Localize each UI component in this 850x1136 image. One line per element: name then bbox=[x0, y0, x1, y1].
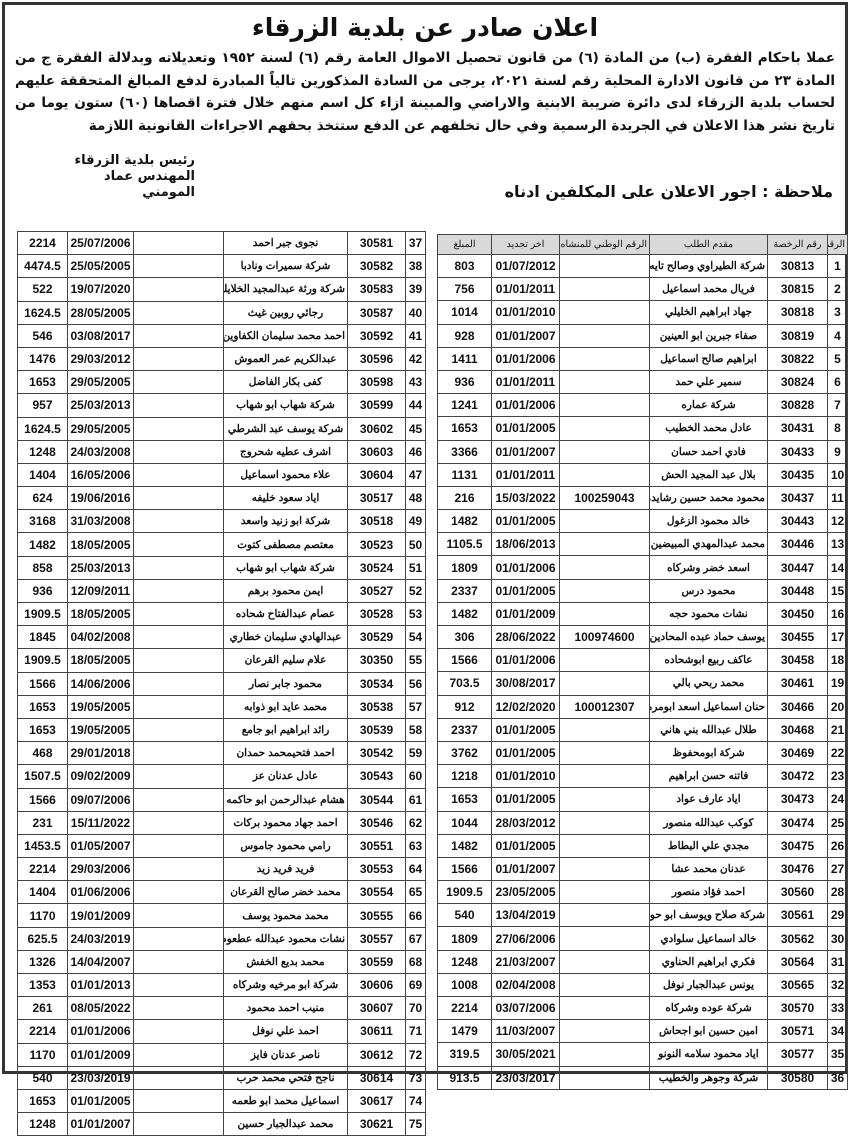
last-renewal-cell: 28/03/2012 bbox=[492, 811, 560, 834]
last-renewal-cell: 18/05/2005 bbox=[68, 533, 134, 556]
amount-cell: 912 bbox=[438, 695, 492, 718]
last-renewal-cell: 24/03/2019 bbox=[68, 927, 134, 950]
national-id-cell bbox=[560, 741, 650, 764]
row-number-cell: 12 bbox=[828, 510, 848, 533]
row-number-cell: 58 bbox=[406, 718, 426, 741]
table-row: 230815فريال محمد اسماعيل01/01/2011756 bbox=[438, 278, 848, 301]
amount-cell: 306 bbox=[438, 626, 492, 649]
national-id-cell bbox=[560, 347, 650, 370]
national-id-cell bbox=[134, 533, 224, 556]
row-number-cell: 41 bbox=[406, 324, 426, 347]
row-number-cell: 42 bbox=[406, 347, 426, 370]
national-id-cell bbox=[134, 347, 224, 370]
amount-cell: 3168 bbox=[18, 510, 68, 533]
row-number-cell: 28 bbox=[828, 881, 848, 904]
applicant-name-cell: اياد محمود سلامه النونو bbox=[650, 1043, 768, 1066]
last-renewal-cell: 01/01/2010 bbox=[492, 765, 560, 788]
national-id-cell bbox=[134, 997, 224, 1020]
national-id-cell bbox=[134, 695, 224, 718]
table-row: 7130611احمد علي نوفل01/01/20062214 bbox=[18, 1020, 426, 1043]
last-renewal-cell: 25/07/2006 bbox=[68, 232, 134, 255]
national-id-cell bbox=[560, 1066, 650, 1076]
license-number-cell: 30824 bbox=[768, 370, 828, 393]
row-number-cell: 54 bbox=[406, 626, 426, 649]
national-id-cell bbox=[560, 765, 650, 788]
taxpayers-table-right: الرقم رقم الرخصة مقدم الطلب الرقم الوطني… bbox=[437, 234, 848, 1076]
national-id-cell bbox=[560, 394, 650, 417]
amount-cell: 1845 bbox=[18, 626, 68, 649]
table-body-right: 130813شركة الطيراوي وصالح تايه01/07/2012… bbox=[438, 255, 848, 1077]
applicant-name-cell: اياد سعود خليفه bbox=[224, 487, 348, 510]
national-id-cell bbox=[134, 1066, 224, 1076]
amount-cell: 1482 bbox=[18, 533, 68, 556]
row-number-cell: 55 bbox=[406, 649, 426, 672]
license-number-cell: 30538 bbox=[348, 695, 406, 718]
table-row: 3530577اياد محمود سلامه النونو30/05/2021… bbox=[438, 1043, 848, 1066]
row-number-cell: 73 bbox=[406, 1066, 426, 1076]
last-renewal-cell: 01/01/2007 bbox=[492, 324, 560, 347]
last-renewal-cell: 01/01/2005 bbox=[492, 718, 560, 741]
license-number-cell: 30461 bbox=[768, 672, 828, 695]
national-id-cell bbox=[134, 858, 224, 881]
national-id-cell bbox=[560, 857, 650, 880]
national-id-cell bbox=[560, 950, 650, 973]
last-renewal-cell: 01/01/2007 bbox=[492, 857, 560, 880]
applicant-name-cell: شركة يوسف عبد الشرطي bbox=[224, 417, 348, 440]
row-number-cell: 57 bbox=[406, 695, 426, 718]
license-number-cell: 30543 bbox=[348, 765, 406, 788]
table-row: 5930542احمد فتحيمحمد حمدان29/01/2018468 bbox=[18, 742, 426, 765]
row-number-cell: 47 bbox=[406, 463, 426, 486]
applicant-name-cell: فريال محمد اسماعيل bbox=[650, 278, 768, 301]
row-number-cell: 64 bbox=[406, 858, 426, 881]
table-row: 3930583شركة ورثة عبدالمجيد الخلايله19/07… bbox=[18, 278, 426, 301]
applicant-name-cell: نجوى جبر احمد bbox=[224, 232, 348, 255]
amount-cell: 1353 bbox=[18, 974, 68, 997]
national-id-cell bbox=[560, 881, 650, 904]
row-number-cell: 25 bbox=[828, 811, 848, 834]
applicant-name-cell: ابراهيم صالح اسماعيل bbox=[650, 347, 768, 370]
row-number-cell: 27 bbox=[828, 857, 848, 880]
table-row: 4030587رجائي روبين غيث28/05/20051624.5 bbox=[18, 301, 426, 324]
row-number-cell: 46 bbox=[406, 440, 426, 463]
last-renewal-cell: 14/06/2006 bbox=[68, 672, 134, 695]
table-row: 3230565يونس عبدالجبار نوفل02/04/20081008 bbox=[438, 973, 848, 996]
header-license: رقم الرخصة bbox=[768, 235, 828, 255]
national-id-cell bbox=[134, 255, 224, 278]
table-row: 1930461محمد ربحي بالي30/08/2017703.5 bbox=[438, 672, 848, 695]
row-number-cell: 3 bbox=[828, 301, 848, 324]
amount-cell: 1566 bbox=[18, 788, 68, 811]
amount-cell: 1482 bbox=[438, 602, 492, 625]
last-renewal-cell: 21/03/2007 bbox=[492, 950, 560, 973]
national-id-cell bbox=[560, 255, 650, 278]
table-row: 4930518شركة ابو زنيد واسعد31/03/20083168 bbox=[18, 510, 426, 533]
applicant-name-cell: محمد ربحي بالي bbox=[650, 672, 768, 695]
amount-cell: 1653 bbox=[18, 695, 68, 718]
license-number-cell: 30534 bbox=[348, 672, 406, 695]
national-id-cell bbox=[134, 232, 224, 255]
table-body-left: 3730581نجوى جبر احمد25/07/20062214383058… bbox=[18, 232, 426, 1077]
row-number-cell: 43 bbox=[406, 371, 426, 394]
license-number-cell: 30559 bbox=[348, 950, 406, 973]
national-id-cell bbox=[134, 301, 224, 324]
license-number-cell: 30554 bbox=[348, 881, 406, 904]
header-num: الرقم bbox=[828, 235, 848, 255]
license-number-cell: 30606 bbox=[348, 974, 406, 997]
amount-cell: 1653 bbox=[438, 417, 492, 440]
table-row: 6030543عادل عدنان عز09/02/20091507.5 bbox=[18, 765, 426, 788]
row-number-cell: 15 bbox=[828, 579, 848, 602]
table-row: 430819صفاء جبرين ابو العينين01/01/200792… bbox=[438, 324, 848, 347]
license-number-cell: 30474 bbox=[768, 811, 828, 834]
national-id-cell bbox=[134, 811, 224, 834]
table-header-row: الرقم رقم الرخصة مقدم الطلب الرقم الوطني… bbox=[438, 235, 848, 255]
license-number-cell: 30582 bbox=[348, 255, 406, 278]
last-renewal-cell: 24/03/2008 bbox=[68, 440, 134, 463]
fees-note: ملاحظة : اجور الاعلان على المكلفين ادناه bbox=[505, 182, 833, 201]
row-number-cell: 50 bbox=[406, 533, 426, 556]
last-renewal-cell: 01/01/2005 bbox=[492, 510, 560, 533]
row-number-cell: 16 bbox=[828, 602, 848, 625]
last-renewal-cell: 03/07/2006 bbox=[492, 997, 560, 1020]
row-number-cell: 22 bbox=[828, 741, 848, 764]
row-number-cell: 11 bbox=[828, 486, 848, 509]
license-number-cell: 30612 bbox=[348, 1043, 406, 1066]
license-number-cell: 30614 bbox=[348, 1066, 406, 1076]
amount-cell: 803 bbox=[438, 255, 492, 278]
table-row: 5830539رائد ابراهيم ابو جامع19/05/200516… bbox=[18, 718, 426, 741]
applicant-name-cell: رامي محمود جاموس bbox=[224, 834, 348, 857]
table-row: 2930561شركة صلاح ويوسف ابو حويله13/04/20… bbox=[438, 904, 848, 927]
license-number-cell: 30828 bbox=[768, 394, 828, 417]
license-number-cell: 30466 bbox=[768, 695, 828, 718]
license-number-cell: 30557 bbox=[348, 927, 406, 950]
license-number-cell: 30475 bbox=[768, 834, 828, 857]
amount-cell: 1248 bbox=[438, 950, 492, 973]
last-renewal-cell: 25/05/2005 bbox=[68, 255, 134, 278]
license-number-cell: 30476 bbox=[768, 857, 828, 880]
national-id-cell bbox=[560, 278, 650, 301]
license-number-cell: 30603 bbox=[348, 440, 406, 463]
license-number-cell: 30435 bbox=[768, 463, 828, 486]
last-renewal-cell: 18/05/2005 bbox=[68, 603, 134, 626]
row-number-cell: 38 bbox=[406, 255, 426, 278]
amount-cell: 1566 bbox=[438, 857, 492, 880]
row-number-cell: 63 bbox=[406, 834, 426, 857]
license-number-cell: 30570 bbox=[768, 997, 828, 1020]
applicant-name-cell: شركة عماره bbox=[650, 394, 768, 417]
applicant-name-cell: رائد ابراهيم ابو جامع bbox=[224, 718, 348, 741]
applicant-name-cell: شركة ابومحفوظ bbox=[650, 741, 768, 764]
applicant-name-cell: علام سليم القرعان bbox=[224, 649, 348, 672]
last-renewal-cell: 01/01/2005 bbox=[492, 834, 560, 857]
row-number-cell: 37 bbox=[406, 232, 426, 255]
amount-cell: 2214 bbox=[18, 1020, 68, 1043]
license-number-cell: 30819 bbox=[768, 324, 828, 347]
license-number-cell: 30450 bbox=[768, 602, 828, 625]
license-number-cell: 30577 bbox=[768, 1043, 828, 1066]
national-id-cell bbox=[560, 579, 650, 602]
license-number-cell: 30599 bbox=[348, 394, 406, 417]
last-renewal-cell: 01/01/2011 bbox=[492, 278, 560, 301]
taxpayers-table-left: 3730581نجوى جبر احمد25/07/20062214383058… bbox=[17, 231, 426, 1076]
last-renewal-cell: 09/07/2006 bbox=[68, 788, 134, 811]
row-number-cell: 10 bbox=[828, 463, 848, 486]
national-id-cell bbox=[134, 765, 224, 788]
announcement-body: عملا باحكام الفقرة (ب) من المادة (٦) من … bbox=[15, 47, 835, 137]
row-number-cell: 17 bbox=[828, 626, 848, 649]
table-row: 5730538محمد عايد ابو ذوابه19/05/20051653 bbox=[18, 695, 426, 718]
last-renewal-cell: 01/01/2005 bbox=[492, 579, 560, 602]
national-id-cell bbox=[560, 463, 650, 486]
license-number-cell: 30469 bbox=[768, 741, 828, 764]
table-row: 2830560احمد فؤاد منصور23/05/20051909.5 bbox=[438, 881, 848, 904]
national-id-cell bbox=[560, 440, 650, 463]
national-id-cell bbox=[134, 417, 224, 440]
license-number-cell: 30518 bbox=[348, 510, 406, 533]
national-id-cell bbox=[560, 904, 650, 927]
last-renewal-cell: 03/08/2017 bbox=[68, 324, 134, 347]
applicant-name-cell: شركة ابو زنيد واسعد bbox=[224, 510, 348, 533]
row-number-cell: 5 bbox=[828, 347, 848, 370]
applicant-name-cell: شركة وجوهر والخطيب bbox=[650, 1066, 768, 1076]
national-id-cell bbox=[134, 603, 224, 626]
applicant-name-cell: محمد خضر صالح القرعان bbox=[224, 881, 348, 904]
applicant-name-cell: علاء محمود اسماعيل bbox=[224, 463, 348, 486]
license-number-cell: 30604 bbox=[348, 463, 406, 486]
row-number-cell: 13 bbox=[828, 533, 848, 556]
last-renewal-cell: 01/01/2011 bbox=[492, 370, 560, 393]
license-number-cell: 30468 bbox=[768, 718, 828, 741]
license-number-cell: 30571 bbox=[768, 1020, 828, 1043]
applicant-name-cell: عدنان محمد عشا bbox=[650, 857, 768, 880]
row-number-cell: 65 bbox=[406, 881, 426, 904]
amount-cell: 540 bbox=[438, 904, 492, 927]
amount-cell: 957 bbox=[18, 394, 68, 417]
table-row: 2130468طلال عبدالله بني هاني01/01/200523… bbox=[438, 718, 848, 741]
license-number-cell: 30564 bbox=[768, 950, 828, 973]
national-id-cell bbox=[560, 324, 650, 347]
table-row: 4530602شركة يوسف عبد الشرطي29/05/2005162… bbox=[18, 417, 426, 440]
national-id-cell bbox=[560, 788, 650, 811]
table-row: 2630475مجدي علي البطاط01/01/20051482 bbox=[438, 834, 848, 857]
applicant-name-cell: عادل عدنان عز bbox=[224, 765, 348, 788]
amount-cell: 2337 bbox=[438, 718, 492, 741]
last-renewal-cell: 14/04/2007 bbox=[68, 950, 134, 973]
amount-cell: 1453.5 bbox=[18, 834, 68, 857]
amount-cell: 624 bbox=[18, 487, 68, 510]
header-national-id: الرقم الوطني للمنشاه bbox=[560, 235, 650, 255]
last-renewal-cell: 11/03/2007 bbox=[492, 1020, 560, 1043]
applicant-name-cell: طلال عبدالله بني هاني bbox=[650, 718, 768, 741]
table-row: 1730455يوسف حماد عبده المحادين1009746002… bbox=[438, 626, 848, 649]
row-number-cell: 6 bbox=[828, 370, 848, 393]
national-id-cell bbox=[134, 904, 224, 927]
applicant-name-cell: سمير علي حمد bbox=[650, 370, 768, 393]
applicant-name-cell: هشام عبدالرحمن ابو حاكمه bbox=[224, 788, 348, 811]
license-number-cell: 30528 bbox=[348, 603, 406, 626]
table-row: 1030435بلال عبد المجيد الحش01/01/2011113… bbox=[438, 463, 848, 486]
table-row: 3330570شركة عوده وشركاه03/07/20062214 bbox=[438, 997, 848, 1020]
applicant-name-cell: عادل محمد الخطيب bbox=[650, 417, 768, 440]
last-renewal-cell: 01/01/2006 bbox=[492, 347, 560, 370]
national-id-cell bbox=[560, 417, 650, 440]
applicant-name-cell: فادي احمد حسان bbox=[650, 440, 768, 463]
amount-cell: 2214 bbox=[18, 232, 68, 255]
national-id-cell bbox=[560, 301, 650, 324]
table-row: 4830517اياد سعود خليفه19/06/2016624 bbox=[18, 487, 426, 510]
applicant-name-cell: محمد محمود يوسف bbox=[224, 904, 348, 927]
license-number-cell: 30553 bbox=[348, 858, 406, 881]
amount-cell: 1479 bbox=[438, 1020, 492, 1043]
table-row: 4130592احمد محمد سليمان الكفاوين03/08/20… bbox=[18, 324, 426, 347]
national-id-cell bbox=[560, 718, 650, 741]
applicant-name-cell: اياد عارف عواد bbox=[650, 788, 768, 811]
last-renewal-cell: 29/03/2006 bbox=[68, 858, 134, 881]
applicant-name-cell: احمد محمد سليمان الكفاوين bbox=[224, 324, 348, 347]
amount-cell: 625.5 bbox=[18, 927, 68, 950]
row-number-cell: 19 bbox=[828, 672, 848, 695]
applicant-name-cell: خالد اسماعيل سلوادي bbox=[650, 927, 768, 950]
table-row: 2230469شركة ابومحفوظ01/01/20053762 bbox=[438, 741, 848, 764]
table-row: 6830559محمد بديع الخفش14/04/20071326 bbox=[18, 950, 426, 973]
license-number-cell: 30555 bbox=[348, 904, 406, 927]
applicant-name-cell: شركة ابو مرخيه وشركاه bbox=[224, 974, 348, 997]
amount-cell: 1170 bbox=[18, 1043, 68, 1066]
row-number-cell: 26 bbox=[828, 834, 848, 857]
row-number-cell: 71 bbox=[406, 1020, 426, 1043]
national-id-cell bbox=[560, 370, 650, 393]
national-id-cell bbox=[134, 463, 224, 486]
table-row: 6130544هشام عبدالرحمن ابو حاكمه09/07/200… bbox=[18, 788, 426, 811]
applicant-name-cell: اشرف عطيه شحروج bbox=[224, 440, 348, 463]
license-number-cell: 30539 bbox=[348, 718, 406, 741]
last-renewal-cell: 19/05/2005 bbox=[68, 718, 134, 741]
amount-cell: 703.5 bbox=[438, 672, 492, 695]
row-number-cell: 35 bbox=[828, 1043, 848, 1066]
row-number-cell: 32 bbox=[828, 973, 848, 996]
license-number-cell: 30562 bbox=[768, 927, 828, 950]
license-number-cell: 30542 bbox=[348, 742, 406, 765]
applicant-name-cell: شركة عوده وشركاه bbox=[650, 997, 768, 1020]
amount-cell: 1131 bbox=[438, 463, 492, 486]
applicant-name-cell: فريد فريد زيد bbox=[224, 858, 348, 881]
row-number-cell: 24 bbox=[828, 788, 848, 811]
amount-cell: 1411 bbox=[438, 347, 492, 370]
national-id-cell: 100012307 bbox=[560, 695, 650, 718]
applicant-name-cell: كوكب عبدالله منصور bbox=[650, 811, 768, 834]
row-number-cell: 23 bbox=[828, 765, 848, 788]
table-row: 6230546احمد جهاد محمود بركات15/11/202223… bbox=[18, 811, 426, 834]
applicant-name-cell: نشات محمود عبدالله عطعوط bbox=[224, 927, 348, 950]
national-id-cell bbox=[560, 649, 650, 672]
table-row: 3030562خالد اسماعيل سلوادي27/06/20061809 bbox=[438, 927, 848, 950]
table-row: 4730604علاء محمود اسماعيل16/05/20061404 bbox=[18, 463, 426, 486]
amount-cell: 1476 bbox=[18, 347, 68, 370]
national-id-cell bbox=[134, 718, 224, 741]
amount-cell: 1507.5 bbox=[18, 765, 68, 788]
license-number-cell: 30592 bbox=[348, 324, 406, 347]
amount-cell: 1170 bbox=[18, 904, 68, 927]
row-number-cell: 59 bbox=[406, 742, 426, 765]
row-number-cell: 7 bbox=[828, 394, 848, 417]
amount-cell: 261 bbox=[18, 997, 68, 1020]
table-row: 5330528عصام عبدالفتاح شحاده18/05/2005190… bbox=[18, 603, 426, 626]
last-renewal-cell: 04/02/2008 bbox=[68, 626, 134, 649]
row-number-cell: 66 bbox=[406, 904, 426, 927]
applicant-name-cell: شركة سميرات ونادبا bbox=[224, 255, 348, 278]
table-row: 830431عادل محمد الخطيب01/01/20051653 bbox=[438, 417, 848, 440]
last-renewal-cell: 29/01/2018 bbox=[68, 742, 134, 765]
license-number-cell: 30524 bbox=[348, 556, 406, 579]
table-row: 5130524شركة شهاب ابو شهاب25/03/2013858 bbox=[18, 556, 426, 579]
last-renewal-cell: 01/01/2005 bbox=[492, 741, 560, 764]
applicant-name-cell: خالد محمود الزغول bbox=[650, 510, 768, 533]
row-number-cell: 21 bbox=[828, 718, 848, 741]
license-number-cell: 30447 bbox=[768, 556, 828, 579]
license-number-cell: 30544 bbox=[348, 788, 406, 811]
license-number-cell: 30446 bbox=[768, 533, 828, 556]
national-id-cell bbox=[134, 394, 224, 417]
table-row: 4630603اشرف عطيه شحروج24/03/20081248 bbox=[18, 440, 426, 463]
license-number-cell: 30596 bbox=[348, 347, 406, 370]
applicant-name-cell: ناصر عدنان فايز bbox=[224, 1043, 348, 1066]
last-renewal-cell: 25/03/2013 bbox=[68, 394, 134, 417]
last-renewal-cell: 19/05/2005 bbox=[68, 695, 134, 718]
amount-cell: 1653 bbox=[18, 718, 68, 741]
applicant-name-cell: عصام عبدالفتاح شحاده bbox=[224, 603, 348, 626]
table-row: 5530350علام سليم القرعان18/05/20051909.5 bbox=[18, 649, 426, 672]
license-number-cell: 30581 bbox=[348, 232, 406, 255]
amount-cell: 1566 bbox=[18, 672, 68, 695]
table-row: 1230443خالد محمود الزغول01/01/20051482 bbox=[438, 510, 848, 533]
amount-cell: 1014 bbox=[438, 301, 492, 324]
last-renewal-cell: 19/07/2020 bbox=[68, 278, 134, 301]
last-renewal-cell: 23/03/2019 bbox=[68, 1066, 134, 1076]
table-row: 5630534محمود جابر نصار14/06/20061566 bbox=[18, 672, 426, 695]
row-number-cell: 29 bbox=[828, 904, 848, 927]
row-number-cell: 39 bbox=[406, 278, 426, 301]
table-row: 7030607منيب احمد محمود08/05/2022261 bbox=[18, 997, 426, 1020]
row-number-cell: 70 bbox=[406, 997, 426, 1020]
amount-cell: 1482 bbox=[438, 834, 492, 857]
table-row: 1830458عاكف ربيع ابوشحاده01/01/20061566 bbox=[438, 649, 848, 672]
applicant-name-cell: اسعد خضر وشركاه bbox=[650, 556, 768, 579]
row-number-cell: 33 bbox=[828, 997, 848, 1020]
applicant-name-cell: كفى بكار الفاضل bbox=[224, 371, 348, 394]
row-number-cell: 2 bbox=[828, 278, 848, 301]
license-number-cell: 30455 bbox=[768, 626, 828, 649]
last-renewal-cell: 01/07/2012 bbox=[492, 255, 560, 278]
table-row: 6630555محمد محمود يوسف19/01/20091170 bbox=[18, 904, 426, 927]
national-id-cell bbox=[560, 973, 650, 996]
applicant-name-cell: حنان اسماعيل اسعد ابومره bbox=[650, 695, 768, 718]
amount-cell: 1653 bbox=[438, 788, 492, 811]
last-renewal-cell: 12/02/2020 bbox=[492, 695, 560, 718]
applicant-name-cell: نشات محمود حجه bbox=[650, 602, 768, 625]
applicant-name-cell: فكري ابراهيم الحناوي bbox=[650, 950, 768, 973]
amount-cell: 1404 bbox=[18, 463, 68, 486]
row-number-cell: 49 bbox=[406, 510, 426, 533]
national-id-cell bbox=[560, 533, 650, 556]
amount-cell: 216 bbox=[438, 486, 492, 509]
amount-cell: 468 bbox=[18, 742, 68, 765]
row-number-cell: 4 bbox=[828, 324, 848, 347]
table-row: 4230596عبدالكريم عمر العموش29/03/2012147… bbox=[18, 347, 426, 370]
row-number-cell: 34 bbox=[828, 1020, 848, 1043]
table-row: 2530474كوكب عبدالله منصور28/03/20121044 bbox=[438, 811, 848, 834]
